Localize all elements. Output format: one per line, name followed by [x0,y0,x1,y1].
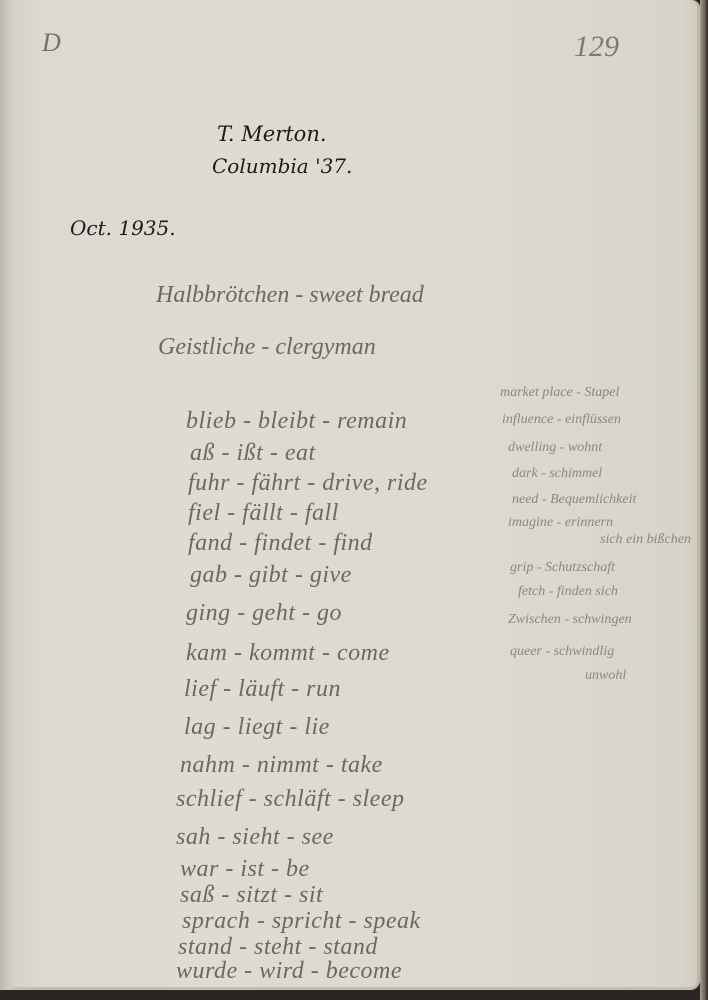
verb-row: lag - liegt - lie [184,714,330,741]
verb-row: wurde - wird - become [176,958,402,985]
english-meaning: lie [304,714,330,740]
verb-row: war - ist - be [180,856,310,883]
side-note: sich ein bißchen [600,532,691,548]
corner-mark: D [42,28,61,58]
english-meaning: find [333,530,372,556]
side-note: grip - Schutzschaft [510,560,615,576]
german-word: Geistliche [158,334,255,360]
past-form: lag [184,714,216,740]
english-meaning: drive, ride [322,470,427,496]
owner-school: Columbia '37. [212,154,352,178]
english-meaning: remain [337,408,407,434]
english-meaning: see [302,824,334,850]
verb-row: sprach - spricht - speak [182,908,421,935]
past-form: kam [186,640,227,666]
heading-entry: Geistliche - clergyman [158,334,376,361]
past-form: sprach [182,908,250,934]
side-note: market place - Stapel [500,385,619,401]
past-form: fuhr [188,470,230,496]
present-form: gibt [249,562,288,588]
english-meaning: sleep [353,786,405,812]
verb-row: stand - steht - stand [178,934,378,961]
english-meaning: be [286,856,310,882]
page-number: 129 [574,30,619,64]
verb-row: schlief - schläft - sleep [176,786,404,813]
past-form: wurde [176,958,238,984]
german-word: Halbbrötchen [156,282,289,308]
verb-row: kam - kommt - come [186,640,390,667]
english-meaning: run [306,676,341,702]
present-form: ist [240,856,264,882]
present-form: ißt [237,440,264,466]
notebook-page: D 129 T. Merton. Columbia '37. Oct. 1935… [0,0,700,990]
english-word: clergyman [275,334,375,360]
english-meaning: come [337,640,390,666]
owner-name: T. Merton. [217,122,327,146]
english-meaning: sit [299,882,323,908]
present-form: wird [259,958,304,984]
verb-row: gab - gibt - give [190,562,352,589]
english-meaning: give [310,562,352,588]
verb-row: blieb - bleibt - remain [186,408,407,435]
present-form: findet [254,530,312,556]
past-form: gab [190,562,228,588]
side-note: need - Bequemlichkeit [512,492,636,508]
verb-row: ging - geht - go [186,600,342,627]
present-form: fährt [252,470,301,496]
english-meaning: fall [305,500,339,526]
present-form: fällt [242,500,283,526]
past-form: nahm [180,752,235,778]
present-form: bleibt [258,408,316,434]
present-form: läuft [238,676,285,702]
dash: - [261,334,275,360]
past-form: schlief [176,786,242,812]
past-form: fiel [188,500,221,526]
page-gutter [0,0,16,990]
verb-row: saß - sitzt - sit [180,882,323,909]
past-form: blieb [186,408,237,434]
past-form: sah [176,824,211,850]
side-note: dark - schimmel [512,466,602,482]
english-meaning: stand [323,934,378,960]
english-meaning: take [341,752,383,778]
side-note: dwelling - wohnt [508,440,602,456]
english-meaning: speak [364,908,421,934]
verb-row: sah - sieht - see [176,824,334,851]
past-form: saß [180,882,215,908]
side-note: imagine - erinnern [508,515,613,531]
present-form: geht [252,600,295,626]
past-form: ging [186,600,231,626]
verb-row: fiel - fällt - fall [188,500,339,527]
present-form: sitzt [236,882,277,908]
verb-row: fuhr - fährt - drive, ride [188,470,428,497]
verb-row: aß - ißt - eat [190,440,316,467]
present-form: schläft [264,786,332,812]
past-form: fand [188,530,233,556]
present-form: spricht [272,908,342,934]
english-word: sweet bread [309,282,423,308]
present-form: nimmt [257,752,320,778]
english-meaning: eat [285,440,316,466]
past-form: lief [184,676,217,702]
page-edge [700,0,708,1000]
dash: - [295,282,309,308]
verb-row: nahm - nimmt - take [180,752,383,779]
side-note: queer - schwindlig [510,644,614,660]
present-form: liegt [238,714,283,740]
side-note: Zwischen - schwingen [508,612,632,628]
verb-row: fand - findet - find [188,530,373,557]
side-note: influence - einflüssen [502,412,621,428]
date: Oct. 1935. [70,216,176,240]
present-form: sieht [232,824,280,850]
english-meaning: go [317,600,342,626]
english-meaning: become [326,958,402,984]
verb-row: lief - läuft - run [184,676,341,703]
side-note: unwohl [585,668,626,684]
present-form: kommt [249,640,315,666]
present-form: steht [254,934,302,960]
side-note: fetch - finden sich [518,584,618,600]
past-form: aß [190,440,215,466]
past-form: stand [178,934,233,960]
past-form: war [180,856,219,882]
heading-entry: Halbbrötchen - sweet bread [156,282,424,309]
